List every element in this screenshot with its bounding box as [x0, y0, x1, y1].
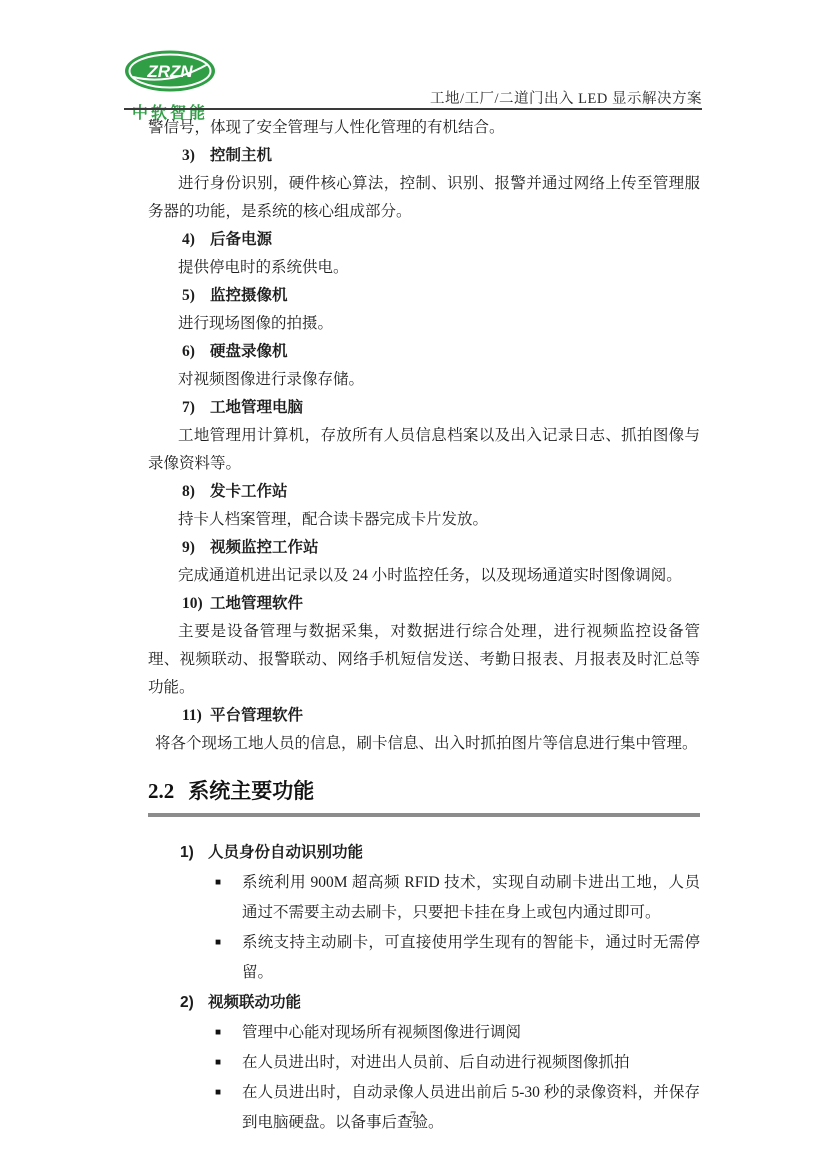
numbered-item: 10)工地管理软件 主要是设备管理与数据采集，对数据进行综合处理，进行视频监控设… [148, 590, 700, 702]
numbered-item: 3)控制主机 进行身份识别，硬件核心算法，控制、识别、报警并通过网络上传至管理服… [148, 142, 700, 226]
numbered-item: 4)后备电源 提供停电时的系统供电。 [148, 226, 700, 282]
item-description: 进行身份识别，硬件核心算法，控制、识别、报警并通过网络上传至管理服务器的功能，是… [148, 170, 700, 226]
section-heading-rule [148, 813, 700, 817]
bullet-item: ■ 系统利用 900M 超高频 RFID 技术，实现自动刷卡进出工地，人员通过不… [148, 868, 700, 928]
item-heading: 5)监控摄像机 [148, 282, 700, 310]
item-description: 对视频图像进行录像存储。 [148, 366, 700, 394]
feature-heading: 2)视频联动功能 [148, 988, 700, 1018]
continued-paragraph: 警信号，体现了安全管理与人性化管理的有机结合。 [148, 114, 700, 142]
item-heading: 10)工地管理软件 [148, 590, 700, 618]
bullet-item: ■ 系统支持主动刷卡，可直接使用学生现有的智能卡，通过时无需停留。 [148, 928, 700, 988]
bullet-square-icon: ■ [215, 868, 242, 928]
page-footer: - 7 - [0, 1106, 827, 1124]
bullet-square-icon: ■ [215, 1048, 242, 1078]
page-number: - 7 - [401, 1108, 426, 1122]
feature-title: 人员身份自动识别功能 [208, 844, 363, 861]
item-heading: 8)发卡工作站 [148, 478, 700, 506]
item-title: 工地管理电脑 [210, 399, 303, 416]
item-description: 持卡人档案管理，配合读卡器完成卡片发放。 [148, 506, 700, 534]
item-heading: 7)工地管理电脑 [148, 394, 700, 422]
numbered-item: 8)发卡工作站 持卡人档案管理，配合读卡器完成卡片发放。 [148, 478, 700, 534]
bullet-square-icon: ■ [215, 928, 242, 988]
item-number: 7) [182, 394, 210, 422]
bullet-item: ■ 管理中心能对现场所有视频图像进行调阅 [148, 1018, 700, 1048]
feature-title: 视频联动功能 [208, 994, 301, 1011]
bullet-text: 在人员进出时，对进出人员前、后自动进行视频图像抓拍 [242, 1048, 700, 1078]
bullet-text: 系统支持主动刷卡，可直接使用学生现有的智能卡，通过时无需停留。 [242, 928, 700, 988]
numbered-item: 6)硬盘录像机 对视频图像进行录像存储。 [148, 338, 700, 394]
section-heading: 2.2系统主要功能 [148, 776, 700, 806]
item-heading: 4)后备电源 [148, 226, 700, 254]
item-number: 11) [182, 702, 210, 730]
item-title: 监控摄像机 [210, 287, 288, 304]
item-number: 3) [182, 142, 210, 170]
item-heading: 9)视频监控工作站 [148, 534, 700, 562]
numbered-item: 9)视频监控工作站 完成通道机进出记录以及 24 小时监控任务，以及现场通道实时… [148, 534, 700, 590]
item-description: 工地管理用计算机，存放所有人员信息档案以及出入记录日志、抓拍图像与录像资料等。 [148, 422, 700, 478]
item-description: 进行现场图像的拍摄。 [148, 310, 700, 338]
page-header: ZRZN 中软智能 工地/工厂/二道门出入 LED 显示解决方案 [0, 0, 827, 113]
item-description: 完成通道机进出记录以及 24 小时监控任务，以及现场通道实时图像调阅。 [148, 562, 700, 590]
section-number: 2.2 [148, 779, 174, 803]
item-title: 控制主机 [210, 147, 272, 164]
item-title: 视频监控工作站 [210, 539, 319, 556]
header-rule [124, 108, 702, 110]
item-number: 5) [182, 282, 210, 310]
section-title: 系统主要功能 [188, 779, 314, 803]
bullet-text: 系统利用 900M 超高频 RFID 技术，实现自动刷卡进出工地，人员通过不需要… [242, 868, 700, 928]
item-number: 9) [182, 534, 210, 562]
svg-text:ZRZN: ZRZN [146, 62, 193, 81]
numbered-item: 7)工地管理电脑 工地管理用计算机，存放所有人员信息档案以及出入记录日志、抓拍图… [148, 394, 700, 478]
document-body: 警信号，体现了安全管理与人性化管理的有机结合。 3)控制主机 进行身份识别，硬件… [148, 114, 700, 1138]
item-title: 发卡工作站 [210, 483, 288, 500]
feature-heading: 1)人员身份自动识别功能 [148, 838, 700, 868]
item-number: 4) [182, 226, 210, 254]
item-title: 工地管理软件 [210, 595, 303, 612]
feature-number: 2) [180, 988, 208, 1018]
item-title: 硬盘录像机 [210, 343, 288, 360]
item-description: 将各个现场工地人员的信息，刷卡信息、出入时抓拍图片等信息进行集中管理。 [148, 730, 700, 758]
item-description: 提供停电时的系统供电。 [148, 254, 700, 282]
item-heading: 6)硬盘录像机 [148, 338, 700, 366]
item-number: 8) [182, 478, 210, 506]
feature-item: 1)人员身份自动识别功能 ■ 系统利用 900M 超高频 RFID 技术，实现自… [148, 838, 700, 988]
feature-list: 1)人员身份自动识别功能 ■ 系统利用 900M 超高频 RFID 技术，实现自… [148, 838, 700, 1138]
item-title: 平台管理软件 [210, 707, 303, 724]
item-heading: 11)平台管理软件 [148, 702, 700, 730]
logo-oval-icon: ZRZN [124, 50, 216, 94]
bullet-text: 管理中心能对现场所有视频图像进行调阅 [242, 1018, 700, 1048]
feature-number: 1) [180, 838, 208, 868]
item-description: 主要是设备管理与数据采集，对数据进行综合处理，进行视频监控设备管理、视频联动、报… [148, 618, 700, 702]
item-heading: 3)控制主机 [148, 142, 700, 170]
item-number: 10) [182, 590, 210, 618]
item-title: 后备电源 [210, 231, 272, 248]
company-logo: ZRZN 中软智能 [124, 50, 216, 123]
document-title: 工地/工厂/二道门出入 LED 显示解决方案 [430, 87, 702, 108]
item-number: 6) [182, 338, 210, 366]
bullet-item: ■ 在人员进出时，对进出人员前、后自动进行视频图像抓拍 [148, 1048, 700, 1078]
numbered-item: 11)平台管理软件 将各个现场工地人员的信息，刷卡信息、出入时抓拍图片等信息进行… [148, 702, 700, 758]
numbered-item: 5)监控摄像机 进行现场图像的拍摄。 [148, 282, 700, 338]
bullet-square-icon: ■ [215, 1018, 242, 1048]
